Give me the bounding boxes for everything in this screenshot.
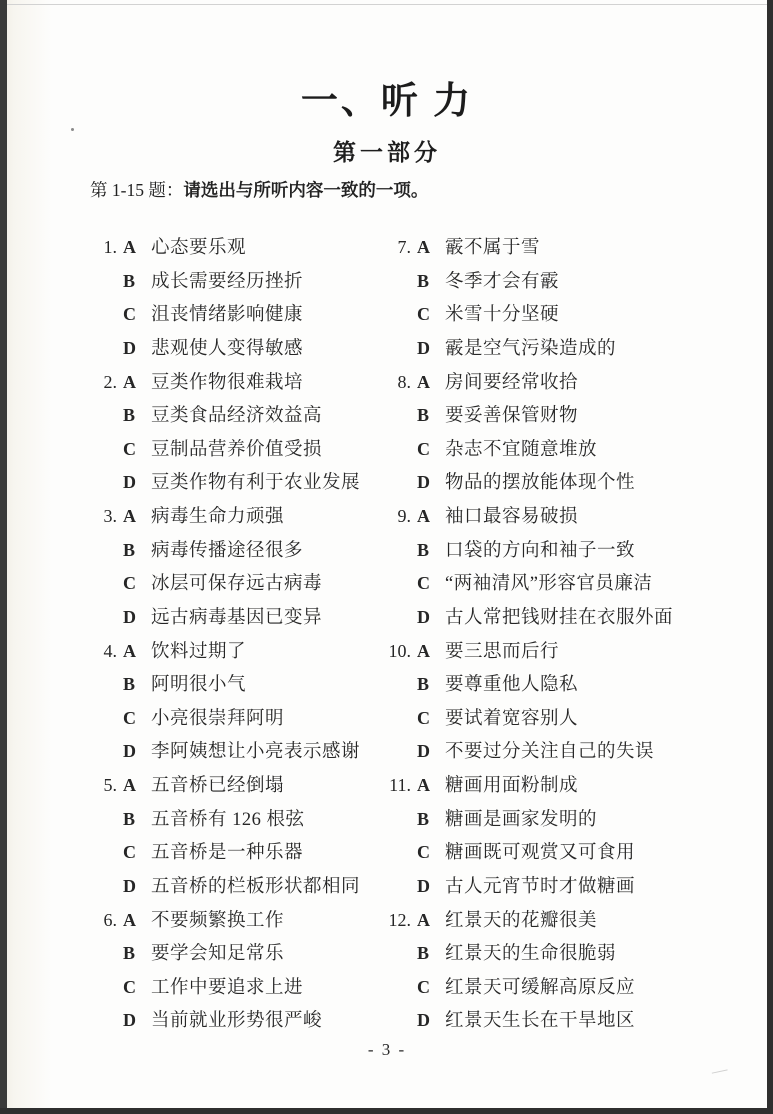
option-label: A [123, 231, 140, 264]
option-row: B 糖画是画家发明的 [417, 803, 731, 837]
option-label: A [123, 366, 140, 399]
question-block: 5. A 五音桥已经倒塌 B 五音桥有 126 根弦 C 五音桥是一种乐器 D … [95, 769, 387, 903]
option-label: C [417, 567, 434, 600]
option-row: D 物品的摆放能体现个性 [417, 466, 731, 500]
option-row: B 豆类食品经济效益高 [123, 399, 387, 433]
question-block: 10. A 要三思而后行 B 要尊重他人隐私 C 要试着宽容别人 D 不要过分关… [381, 635, 731, 769]
option-row: B 病毒传播途径很多 [123, 534, 387, 568]
option-label: C [417, 702, 434, 735]
option-text: 饮料过期了 [151, 636, 246, 669]
option-text: 当前就业形势很严峻 [151, 1005, 322, 1038]
option-text: 古人元宵节时才做糖画 [445, 871, 635, 904]
option-row: C 要试着宽容别人 [417, 702, 731, 736]
option-text: 袖口最容易破损 [445, 501, 578, 534]
question-block: 9. A 袖口最容易破损 B 口袋的方向和袖子一致 C “两袖清风”形容官员廉洁… [381, 500, 731, 634]
question-number: 2. [95, 366, 117, 399]
question-block: 4. A 饮料过期了 B 阿明很小气 C 小亮很崇拜阿明 D 李阿姨想让小亮表示… [95, 635, 387, 769]
option-label: B [123, 668, 140, 701]
option-row: C 沮丧情绪影响健康 [123, 298, 387, 332]
question-block: 8. A 房间要经常收拾 B 要妥善保管财物 C 杂志不宜随意堆放 D 物品的摆… [381, 366, 731, 500]
scan-edge-left [0, 0, 7, 1114]
option-label: A [123, 635, 140, 668]
question-number: 4. [95, 635, 117, 668]
option-text: 成长需要经历挫折 [151, 266, 303, 299]
option-row: A 心态要乐观 [123, 231, 387, 265]
option-row: C 小亮很崇拜阿明 [123, 702, 387, 736]
option-text: 豆类作物很难栽培 [151, 367, 303, 400]
exam-page: 一、听 力 第一部分 第 1-15 题：请选出与所听内容一致的一项。 1. A … [0, 0, 773, 1114]
option-text: 不要过分关注自己的失误 [445, 736, 654, 769]
option-text: 豆制品营养价值受损 [151, 434, 322, 467]
option-label: B [123, 937, 140, 970]
option-label: A [417, 231, 434, 264]
option-row: C 冰层可保存远古病毒 [123, 567, 387, 601]
option-label: B [123, 399, 140, 432]
option-label: C [123, 567, 140, 600]
option-text: 霰不属于雪 [445, 232, 540, 265]
option-label: D [417, 735, 434, 768]
option-label: D [123, 735, 140, 768]
option-row: B 口袋的方向和袖子一致 [417, 534, 731, 568]
option-text: 古人常把钱财挂在衣服外面 [445, 602, 673, 635]
option-label: D [123, 1004, 140, 1037]
option-label: C [123, 298, 140, 331]
section-heading: 第一部分 [4, 134, 770, 167]
option-row: C 杂志不宜随意堆放 [417, 433, 731, 467]
option-row: D 古人元宵节时才做糖画 [417, 870, 731, 904]
option-row: A 要三思而后行 [417, 635, 731, 669]
option-text: 要妥善保管财物 [445, 400, 578, 433]
option-text: 悲观使人变得敏感 [151, 333, 303, 366]
option-label: B [123, 534, 140, 567]
option-label: D [123, 332, 140, 365]
option-text: 工作中要追求上进 [151, 972, 303, 1005]
option-label: B [417, 937, 434, 970]
option-label: D [417, 870, 434, 903]
option-row: A 饮料过期了 [123, 635, 387, 669]
option-text: 要三思而后行 [445, 636, 559, 669]
option-row: A 红景天的花瓣很美 [417, 904, 731, 938]
instruction-text: 请选出与所听内容一致的一项。 [183, 180, 428, 200]
option-label: D [123, 466, 140, 499]
option-text: 心态要乐观 [151, 232, 246, 265]
option-label: A [123, 769, 140, 802]
question-number: 10. [381, 635, 411, 668]
question-block: 1. A 心态要乐观 B 成长需要经历挫折 C 沮丧情绪影响健康 D 悲观使人变… [95, 231, 387, 365]
option-row: D 当前就业形势很严峻 [123, 1004, 387, 1038]
option-label: C [417, 433, 434, 466]
question-block: 11. A 糖画用面粉制成 B 糖画是画家发明的 C 糖画既可观赏又可食用 D … [381, 769, 731, 903]
option-text: 杂志不宜随意堆放 [445, 434, 597, 467]
option-label: D [417, 601, 434, 634]
scan-edge-right [767, 0, 773, 1114]
page-number: - 3 - [4, 1040, 770, 1060]
option-text: 五音桥的栏板形状都相同 [151, 871, 360, 904]
option-text: 阿明很小气 [151, 669, 246, 702]
option-text: 糖画既可观赏又可食用 [445, 837, 635, 870]
option-text: 物品的摆放能体现个性 [445, 467, 635, 500]
option-row: C 米雪十分坚硬 [417, 298, 731, 332]
option-label: D [417, 466, 434, 499]
page-title: 一、听 力 [4, 70, 770, 124]
option-row: D 李阿姨想让小亮表示感谢 [123, 735, 387, 769]
option-row: C 红景天可缓解高原反应 [417, 971, 731, 1005]
option-label: A [417, 904, 434, 937]
option-row: A 五音桥已经倒塌 [123, 769, 387, 803]
option-text: 李阿姨想让小亮表示感谢 [151, 736, 360, 769]
question-number: 9. [381, 500, 411, 533]
question-block: 6. A 不要频繁换工作 B 要学会知足常乐 C 工作中要追求上进 D 当前就业… [95, 904, 387, 1038]
option-label: D [417, 332, 434, 365]
question-block: 2. A 豆类作物很难栽培 B 豆类食品经济效益高 C 豆制品营养价值受损 D … [95, 366, 387, 500]
option-text: 米雪十分坚硬 [445, 299, 559, 332]
option-text: 糖画是画家发明的 [445, 804, 597, 837]
option-row: A 袖口最容易破损 [417, 500, 731, 534]
option-row: B 阿明很小气 [123, 668, 387, 702]
option-text: 霰是空气污染造成的 [445, 333, 616, 366]
option-text: 冰层可保存远古病毒 [151, 568, 322, 601]
option-label: A [123, 904, 140, 937]
question-block: 3. A 病毒生命力顽强 B 病毒传播途径很多 C 冰层可保存远古病毒 D 远古… [95, 500, 387, 634]
option-label: C [123, 433, 140, 466]
option-text: 糖画用面粉制成 [445, 770, 578, 803]
option-label: B [123, 803, 140, 836]
option-text: 病毒传播途径很多 [151, 535, 303, 568]
option-text: 豆类作物有利于农业发展 [151, 467, 360, 500]
option-label: C [123, 836, 140, 869]
option-row: A 豆类作物很难栽培 [123, 366, 387, 400]
option-row: C 豆制品营养价值受损 [123, 433, 387, 467]
question-number: 1. [95, 231, 117, 264]
scan-speck [71, 128, 74, 131]
instruction-prefix: 第 1-15 题： [90, 180, 183, 200]
option-text: 红景天生长在干旱地区 [445, 1005, 635, 1038]
option-row: A 不要频繁换工作 [123, 904, 387, 938]
option-label: B [417, 265, 434, 298]
option-text: 要学会知足常乐 [151, 938, 284, 971]
option-label: A [417, 769, 434, 802]
option-row: A 病毒生命力顽强 [123, 500, 387, 534]
scan-edge-bottom [0, 1108, 773, 1114]
option-row: D 红景天生长在干旱地区 [417, 1004, 731, 1038]
questions-left-column: 1. A 心态要乐观 B 成长需要经历挫折 C 沮丧情绪影响健康 D 悲观使人变… [95, 231, 387, 1038]
option-text: “两袖清风”形容官员廉洁 [445, 568, 652, 601]
option-text: 房间要经常收拾 [445, 367, 578, 400]
question-number: 7. [381, 231, 411, 264]
questions-right-column: 7. A 霰不属于雪 B 冬季才会有霰 C 米雪十分坚硬 D 霰是空气污染造成的… [381, 231, 731, 1038]
option-label: A [123, 500, 140, 533]
option-row: B 冬季才会有霰 [417, 265, 731, 299]
option-text: 小亮很崇拜阿明 [151, 703, 284, 736]
option-label: A [417, 366, 434, 399]
option-label: B [123, 265, 140, 298]
option-row: C 糖画既可观赏又可食用 [417, 836, 731, 870]
option-text: 五音桥有 126 根弦 [151, 804, 305, 837]
option-row: B 要尊重他人隐私 [417, 668, 731, 702]
option-text: 五音桥已经倒塌 [151, 770, 284, 803]
question-number: 11. [381, 769, 411, 802]
question-number: 5. [95, 769, 117, 802]
option-text: 口袋的方向和袖子一致 [445, 535, 635, 568]
option-label: C [417, 298, 434, 331]
option-label: D [417, 1004, 434, 1037]
option-label: B [417, 668, 434, 701]
question-number: 6. [95, 904, 117, 937]
option-label: D [123, 870, 140, 903]
option-row: B 红景天的生命很脆弱 [417, 937, 731, 971]
option-row: A 房间要经常收拾 [417, 366, 731, 400]
option-label: D [123, 601, 140, 634]
option-label: A [417, 500, 434, 533]
option-row: B 成长需要经历挫折 [123, 265, 387, 299]
option-text: 远古病毒基因已变异 [151, 602, 322, 635]
option-row: D 不要过分关注自己的失误 [417, 735, 731, 769]
option-text: 不要频繁换工作 [151, 905, 284, 938]
scan-edge-top [7, 4, 767, 5]
option-label: C [123, 971, 140, 1004]
option-row: D 远古病毒基因已变异 [123, 601, 387, 635]
option-text: 红景天可缓解高原反应 [445, 972, 635, 1005]
option-label: C [417, 971, 434, 1004]
option-row: D 古人常把钱财挂在衣服外面 [417, 601, 731, 635]
option-text: 沮丧情绪影响健康 [151, 299, 303, 332]
question-number: 12. [381, 904, 411, 937]
option-row: C 工作中要追求上进 [123, 971, 387, 1005]
option-text: 红景天的生命很脆弱 [445, 938, 616, 971]
option-row: D 豆类作物有利于农业发展 [123, 466, 387, 500]
question-block: 7. A 霰不属于雪 B 冬季才会有霰 C 米雪十分坚硬 D 霰是空气污染造成的 [381, 231, 731, 365]
option-label: C [123, 702, 140, 735]
option-row: C 五音桥是一种乐器 [123, 836, 387, 870]
option-row: B 要妥善保管财物 [417, 399, 731, 433]
option-row: A 糖画用面粉制成 [417, 769, 731, 803]
question-number: 8. [381, 366, 411, 399]
option-row: A 霰不属于雪 [417, 231, 731, 265]
option-label: B [417, 534, 434, 567]
option-label: C [417, 836, 434, 869]
option-label: B [417, 803, 434, 836]
question-number: 3. [95, 500, 117, 533]
option-row: B 五音桥有 126 根弦 [123, 803, 387, 837]
option-text: 冬季才会有霰 [445, 266, 559, 299]
option-text: 红景天的花瓣很美 [445, 905, 597, 938]
option-text: 五音桥是一种乐器 [151, 837, 303, 870]
option-row: D 五音桥的栏板形状都相同 [123, 870, 387, 904]
option-text: 要试着宽容别人 [445, 703, 578, 736]
scan-smudge [712, 1069, 728, 1076]
option-text: 要尊重他人隐私 [445, 669, 578, 702]
option-label: A [417, 635, 434, 668]
option-text: 豆类食品经济效益高 [151, 400, 322, 433]
option-row: C “两袖清风”形容官员廉洁 [417, 567, 731, 601]
option-text: 病毒生命力顽强 [151, 501, 284, 534]
option-row: B 要学会知足常乐 [123, 937, 387, 971]
instruction-line: 第 1-15 题：请选出与所听内容一致的一项。 [90, 177, 428, 202]
option-row: D 悲观使人变得敏感 [123, 332, 387, 366]
option-row: D 霰是空气污染造成的 [417, 332, 731, 366]
question-block: 12. A 红景天的花瓣很美 B 红景天的生命很脆弱 C 红景天可缓解高原反应 … [381, 904, 731, 1038]
option-label: B [417, 399, 434, 432]
